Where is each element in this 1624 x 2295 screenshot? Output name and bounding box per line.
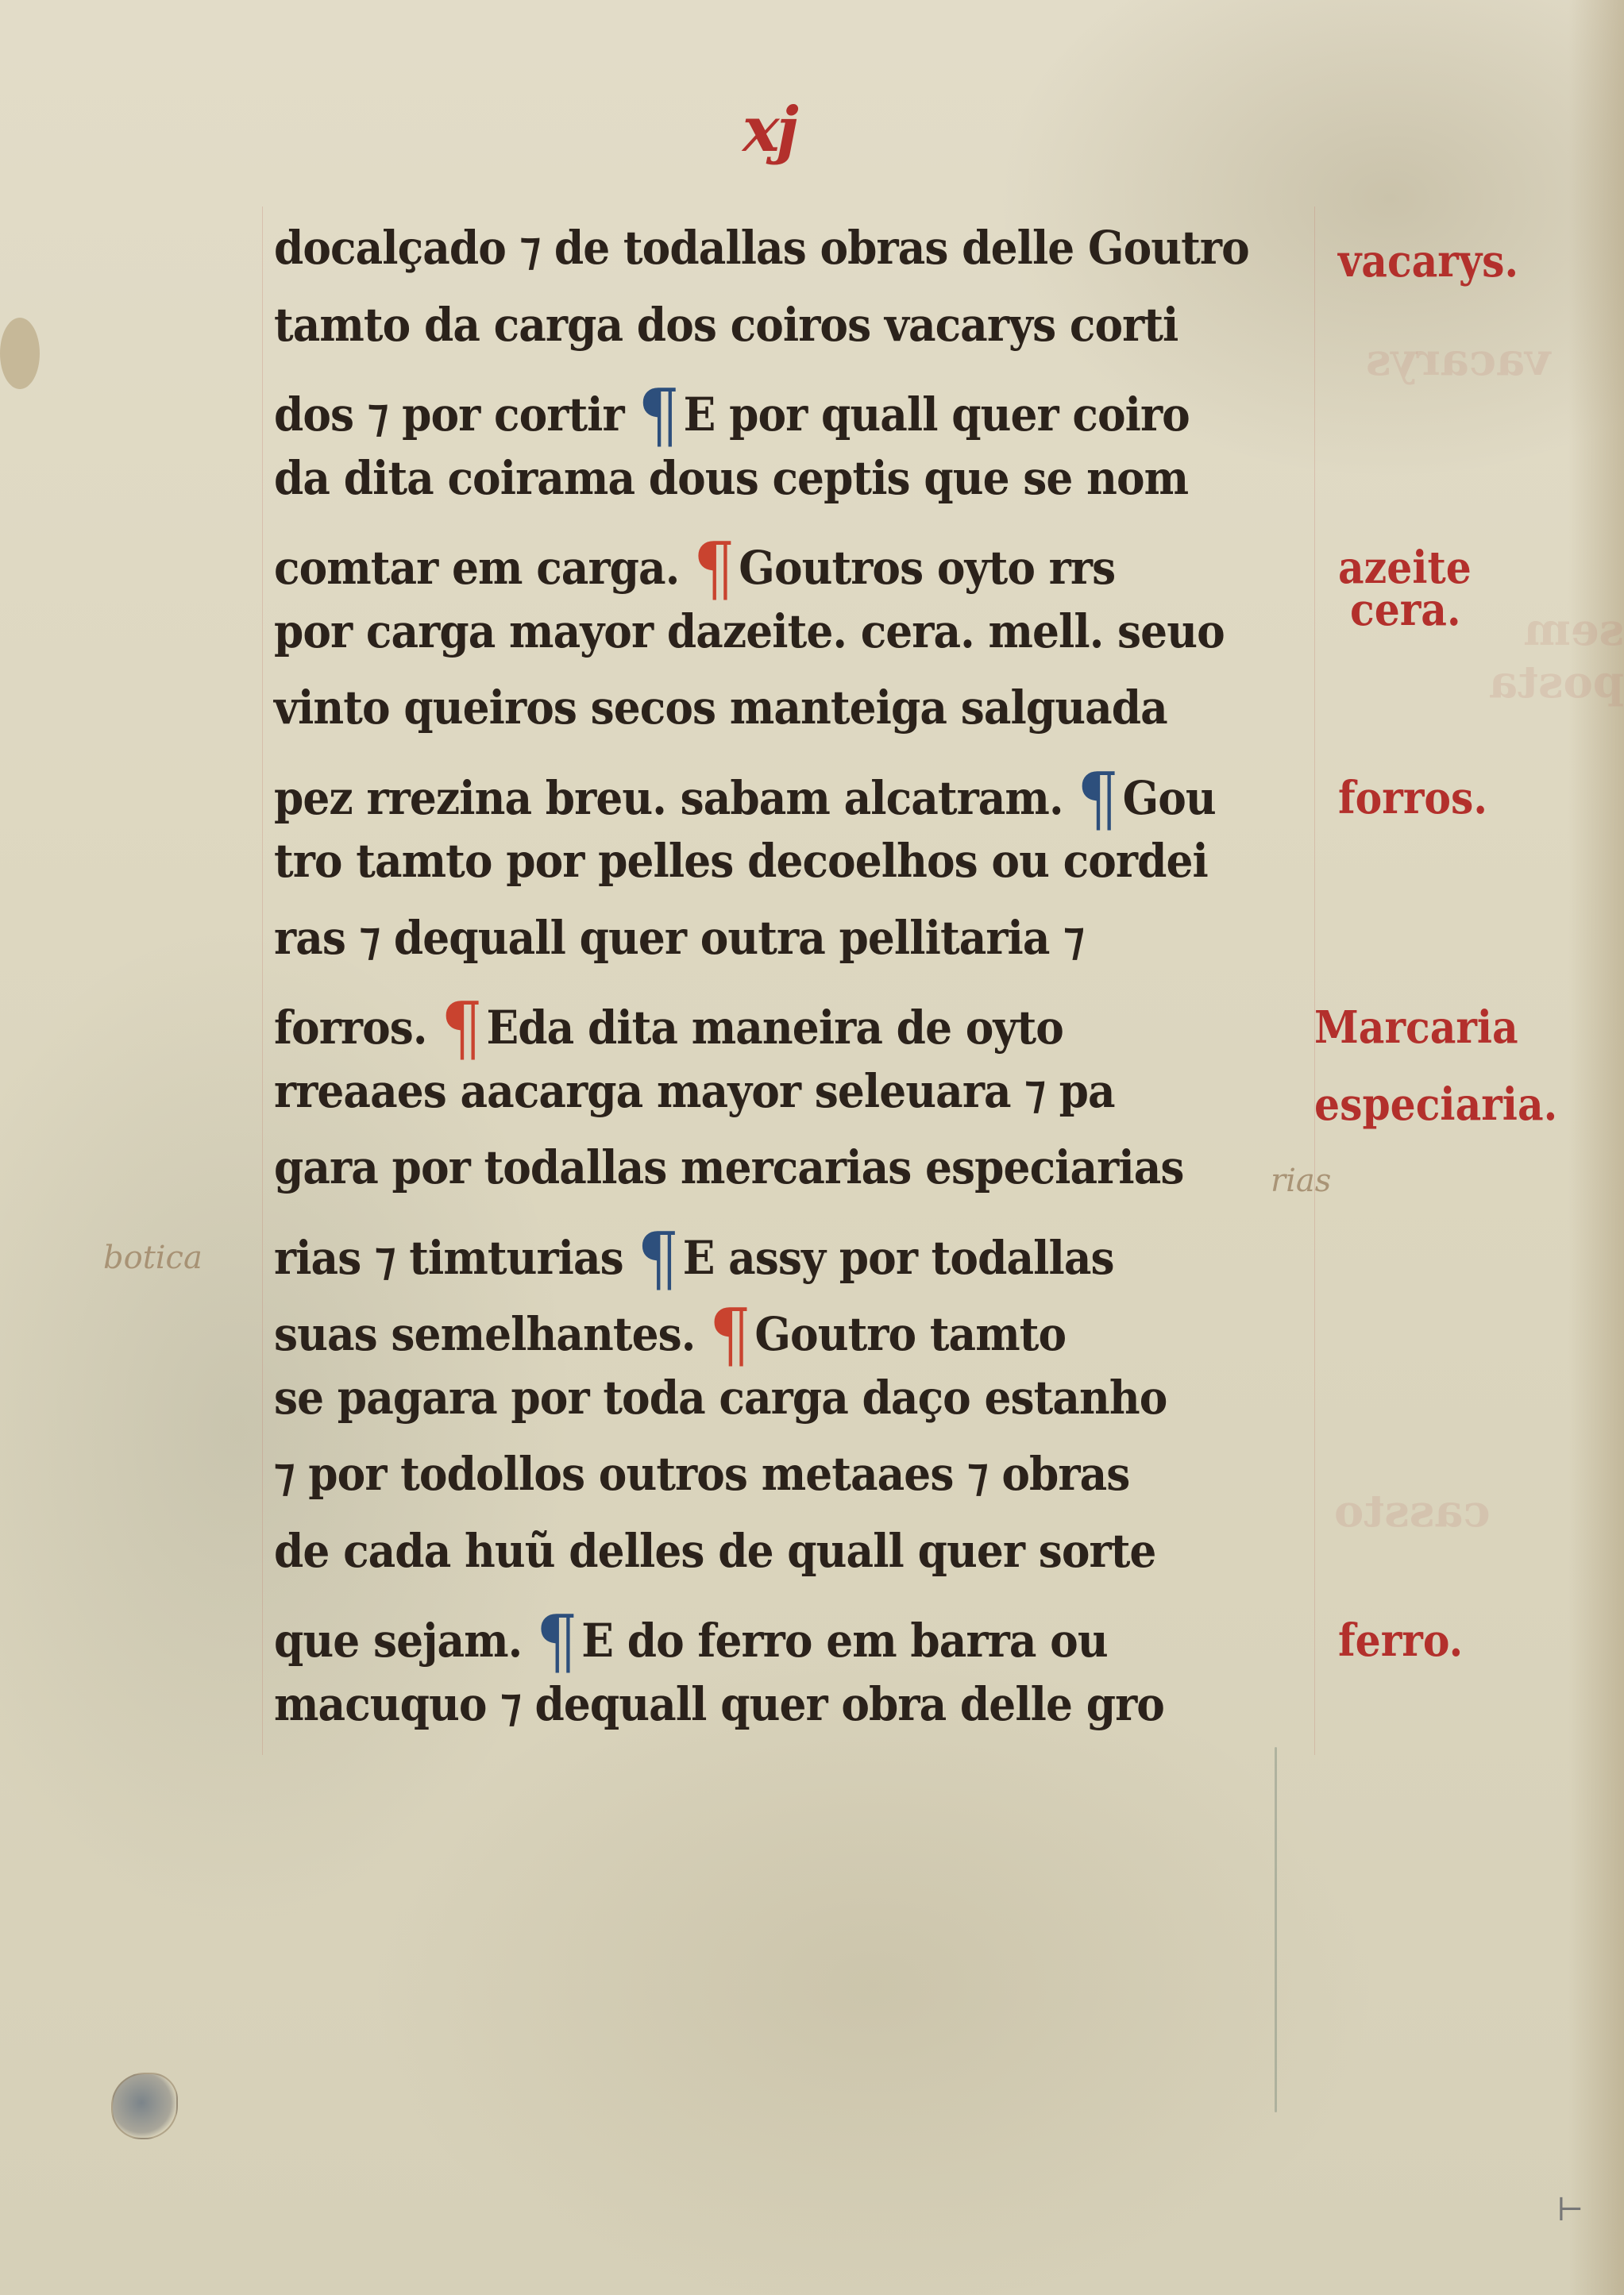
text-line: gara por todallas mercarias especiarias [274, 1140, 1183, 1220]
margin-gloss-right: rias [1271, 1163, 1331, 1199]
margin-note: especiaria. [1314, 1078, 1557, 1131]
text-segment: de cada huũ delles de quall quer sorte [274, 1524, 1155, 1578]
stain [0, 318, 40, 389]
text-segment: docalçado ⁊ de todallas obras delle Gout… [274, 221, 1249, 275]
text-segment: Gou [1123, 771, 1216, 825]
left-ruling-line [262, 206, 263, 1755]
text-segment: E do ferro em barra ou [581, 1614, 1107, 1668]
text-line: rreaaes aacarga mayor seleuara ⁊ pa [274, 1064, 1115, 1144]
text-segment: comtar em carga. [274, 541, 693, 595]
text-segment: por carga mayor dazeite. cera. mell. seu… [274, 604, 1225, 658]
blue-pilcrow-icon: ¶ [536, 1600, 577, 1684]
text-line: por carga mayor dazeite. cera. mell. seu… [274, 604, 1225, 684]
text-segment: pez rrezina breu. sabam alcatram. [274, 771, 1077, 825]
text-segment: Goutro tamto [754, 1307, 1066, 1361]
text-segment: suas semelhantes. [274, 1307, 709, 1361]
text-line: tamto da carga dos coiros vacarys corti [274, 298, 1178, 377]
bleed-through-text: cassto [1334, 1485, 1491, 1537]
text-segment: E assy por todallas [683, 1231, 1114, 1285]
text-segment: se pagara por toda carga daço estanho [274, 1371, 1167, 1425]
text-segment: Eda dita maneira de oyto [486, 1001, 1063, 1055]
text-segment: que sejam. [274, 1614, 536, 1668]
margin-note: vacarys. [1338, 235, 1518, 287]
text-line: vinto queiros secos manteiga salguada [274, 681, 1167, 760]
blue-pilcrow-icon: ¶ [637, 1217, 678, 1301]
red-pilcrow-icon: ¶ [441, 987, 482, 1070]
bleed-through-text: vacarys [1366, 334, 1551, 386]
red-pilcrow-icon: ¶ [709, 1294, 750, 1377]
text-line: tro tamto por pelles decoelhos ou cordei [274, 834, 1208, 913]
text-segment: forros. [274, 1001, 441, 1055]
text-segment: gara por todallas mercarias especiarias [274, 1140, 1183, 1194]
text-segment: ras ⁊ dequall quer outra pellitaria ⁊ [274, 911, 1084, 965]
folio-number: xj [743, 94, 796, 166]
margin-gloss-left: botica [103, 1240, 203, 1276]
text-line: ⁊ por todollos outros metaaes ⁊ obras [274, 1447, 1129, 1526]
text-segment: E por quall quer coiro [684, 388, 1190, 442]
text-segment: tro tamto por pelles decoelhos ou cordei [274, 834, 1208, 888]
right-ruling-line [1314, 206, 1315, 1755]
text-segment: da dita coirama dous ceptis que se nom [274, 451, 1188, 505]
margin-note: ferro. [1338, 1614, 1463, 1667]
text-line: pez rrezina breu. sabam alcatram. ¶Gou [274, 758, 1216, 837]
text-segment: tamto da carga dos coiros vacarys corti [274, 298, 1178, 352]
text-segment: vinto queiros secos manteiga salguada [274, 681, 1167, 735]
text-line: se pagara por toda carga daço estanho [274, 1371, 1167, 1450]
text-segment: macuquo ⁊ dequall quer obra delle gro [274, 1677, 1164, 1731]
margin-note: forros. [1338, 772, 1487, 824]
red-pilcrow-icon: ¶ [693, 527, 735, 611]
text-line: ras ⁊ dequall quer outra pellitaria ⁊ [274, 911, 1084, 990]
text-line: dos ⁊ por cortir ¶E por quall quer coiro [274, 374, 1190, 453]
parchment-hole [111, 2073, 178, 2139]
text-line: docalçado ⁊ de todallas obras delle Gout… [274, 221, 1249, 300]
text-line: rias ⁊ timturias ¶E assy por todallas [274, 1217, 1114, 1297]
text-line: suas semelhantes. ¶Goutro tamto [274, 1294, 1066, 1373]
text-line: macuquo ⁊ dequall quer obra delle gro [274, 1677, 1164, 1757]
text-segment: ⁊ por todollos outros metaaes ⁊ obras [274, 1447, 1129, 1501]
text-line: da dita coirama dous ceptis que se nom [274, 451, 1188, 530]
text-segment: dos ⁊ por cortir [274, 388, 638, 442]
text-segment: rreaaes aacarga mayor seleuara ⁊ pa [274, 1064, 1115, 1118]
text-segment: Goutros oyto rrs [739, 541, 1115, 595]
text-line: de cada huũ delles de quall quer sorte [274, 1524, 1155, 1603]
corner-mark: ⊢ [1556, 2192, 1583, 2228]
text-line: comtar em carga. ¶Goutros oyto rrs [274, 527, 1115, 607]
text-segment: rias ⁊ timturias [274, 1231, 637, 1285]
page-edge-shadow [1568, 0, 1624, 2295]
blue-pilcrow-icon: ¶ [638, 374, 679, 457]
manuscript-page: vacarys sem posta cassto xj docalçado ⁊ … [0, 0, 1624, 2295]
ink-trace [1275, 1747, 1277, 2112]
text-line: forros. ¶Eda dita maneira de oyto [274, 987, 1063, 1066]
blue-pilcrow-icon: ¶ [1077, 758, 1118, 841]
text-line: que sejam. ¶E do ferro em barra ou [274, 1600, 1108, 1680]
margin-note: cera. [1350, 584, 1461, 636]
margin-note: Marcaria [1314, 1001, 1518, 1054]
